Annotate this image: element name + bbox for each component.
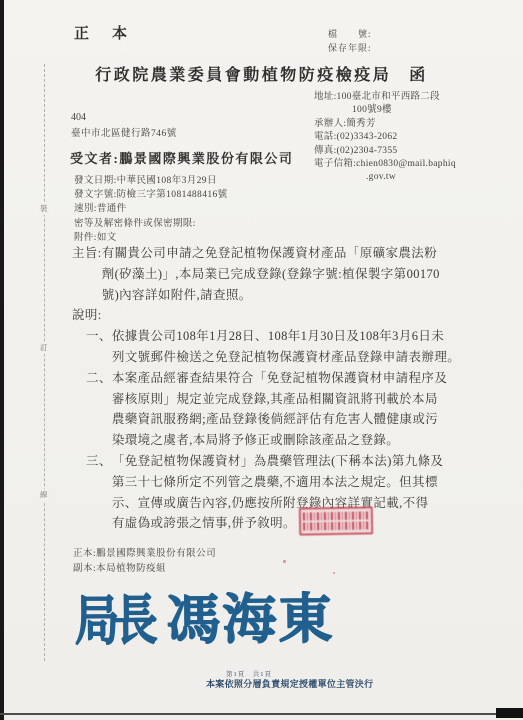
letter-body: 主旨: 有關貴公司申請之免登記植物保護資材產品「原礦家農法粉 劑(矽藻土)」,本… <box>72 243 484 534</box>
security-classification: 密等及解密條件或保密期限: <box>74 217 228 231</box>
director-signature: 局長馮海東 <box>66 592 334 648</box>
agency-address-line1: 地址:100臺北市和平西路二段 <box>314 91 456 104</box>
item-line: 第三十七條所定不列管之農藥,不適用本法之規定。但其標 <box>112 472 484 493</box>
distribution-original: 正本:鵬景國際興業股份有限公司 <box>73 547 216 562</box>
copy-type-label: 正 本 <box>74 22 131 43</box>
subject-line: 劑(矽藻土)」,本局業已完成登錄(登錄字號:植保製字第00170 <box>102 264 484 285</box>
contact-email-line2: .gov.tw <box>314 171 456 184</box>
item-marker: 一、 <box>86 326 112 368</box>
subject-line: 有關貴公司申請之免登記植物保護資材產品「原礦家農法粉 <box>102 243 484 264</box>
red-stamp-text-line <box>303 511 369 520</box>
binding-margin-line <box>44 64 45 661</box>
scanned-official-letter: 裝 訂 線 正 本 檔 號: 保存年限: 行政院農業委員會動植物防疫檢疫局函 地… <box>0 0 523 720</box>
red-stamp-text-line <box>303 521 369 530</box>
agency-name: 行政院農業委員會動植物防疫檢疫局 <box>95 67 391 84</box>
explanation-item-1: 一、 依據貴公司108年1月28日、108年1月30日及108年3月6日未 列文… <box>86 326 484 368</box>
contact-phone: 電話:(02)3343-2062 <box>314 131 456 144</box>
item-line: 農藥資訊服務網;產品登錄後倘經評估有危害人體健康或污 <box>112 409 484 430</box>
red-stamp <box>299 506 373 535</box>
recipient-address: 臺中市北區健行路746號 <box>71 125 177 139</box>
item-line: 列文號郵件檢送之免登記植物保護資材產品登錄申請表辦理。 <box>112 347 484 368</box>
contact-person: 承辦人:簡秀芳 <box>314 118 456 131</box>
binding-mark-ding: 訂 <box>39 342 49 354</box>
ink-speck <box>333 572 335 574</box>
subject-paragraph: 主旨: 有關貴公司申請之免登記植物保護資材產品「原礦家農法粉 劑(矽藻土)」,本… <box>72 243 484 305</box>
file-number-label: 檔 號: <box>328 27 372 41</box>
scan-edge-left <box>0 0 4 720</box>
file-number-block: 檔 號: 保存年限: <box>328 27 372 55</box>
ink-speck <box>283 560 286 563</box>
scan-edge-corner-blob <box>496 708 523 718</box>
item-marker: 二、 <box>86 368 112 451</box>
signature-name: 馮海東 <box>166 589 335 650</box>
document-meta-block: 發文日期:中華民國108年3月29日 發文字號:防檢三字第1081488416號… <box>74 174 228 245</box>
distribution-copy: 副本:本局植物防疫組 <box>73 562 216 577</box>
contact-fax: 傳真:(02)2304-7355 <box>314 145 456 158</box>
retention-period-label: 保存年限: <box>328 41 372 55</box>
distribution-block: 正本:鵬景國際興業股份有限公司 副本:本局植物防疫組 <box>73 547 216 577</box>
subject-label: 主旨: <box>72 243 102 305</box>
subject-line: 號)內容詳如附件,請查照。 <box>102 285 484 306</box>
item-line: 有虛偽或誇張之情事,併予敘明。 <box>112 513 484 534</box>
explanation-item-3: 三、 「免登記植物保護資材」為農藥管理法(下稱本法)第九條及 第三十七條所定不列… <box>86 451 484 534</box>
document-type: 函 <box>409 67 428 84</box>
recipient-postal-code: 404 <box>71 112 86 123</box>
item-marker: 三、 <box>86 451 112 534</box>
explanation-label: 說明: <box>72 305 484 326</box>
binding-mark-zhuang: 裝 <box>39 203 49 215</box>
agency-contact-block: 地址:100臺北市和平西路二段 100號9樓 承辦人:簡秀芳 電話:(02)33… <box>314 91 456 185</box>
delivery-speed: 速別:普通件 <box>74 202 228 216</box>
scan-edge-bottom <box>0 713 523 715</box>
contact-email-line1: 電子信箱:chien0830@mail.baphiq <box>314 158 456 171</box>
item-line: 本案產品經審查結果符合「免登記植物保護資材申請程序及 <box>112 368 484 389</box>
agency-address-line2: 100號9樓 <box>314 104 456 117</box>
binding-mark-xian: 線 <box>39 489 49 501</box>
explanation-item-2: 二、 本案產品經審查結果符合「免登記植物保護資材申請程序及 審核原則」規定並完成… <box>86 368 484 451</box>
issue-number: 發文字號:防檢三字第1081488416號 <box>74 188 228 202</box>
signature-title: 局長 <box>74 593 152 648</box>
footer-authorization-note: 本案依照分層負責規定授權單位主管決行 <box>206 677 373 690</box>
item-line: 依據貴公司108年1月28日、108年1月30日及108年3月6日未 <box>112 326 484 347</box>
issue-date: 發文日期:中華民國108年3月29日 <box>74 174 228 188</box>
letter-title-row: 行政院農業委員會動植物防疫檢疫局函 <box>0 62 523 85</box>
recipient-line: 受文者:鵬景國際興業股份有限公司 <box>70 148 293 167</box>
item-line: 審核原則」規定並完成登錄,其產品相關資訊將刊載於本局 <box>112 389 484 410</box>
item-line: 「免登記植物保護資材」為農藥管理法(下稱本法)第九條及 <box>112 451 484 472</box>
item-line: 染環境之虞者,本局將予修正或刪除該產品之登錄。 <box>112 430 484 451</box>
